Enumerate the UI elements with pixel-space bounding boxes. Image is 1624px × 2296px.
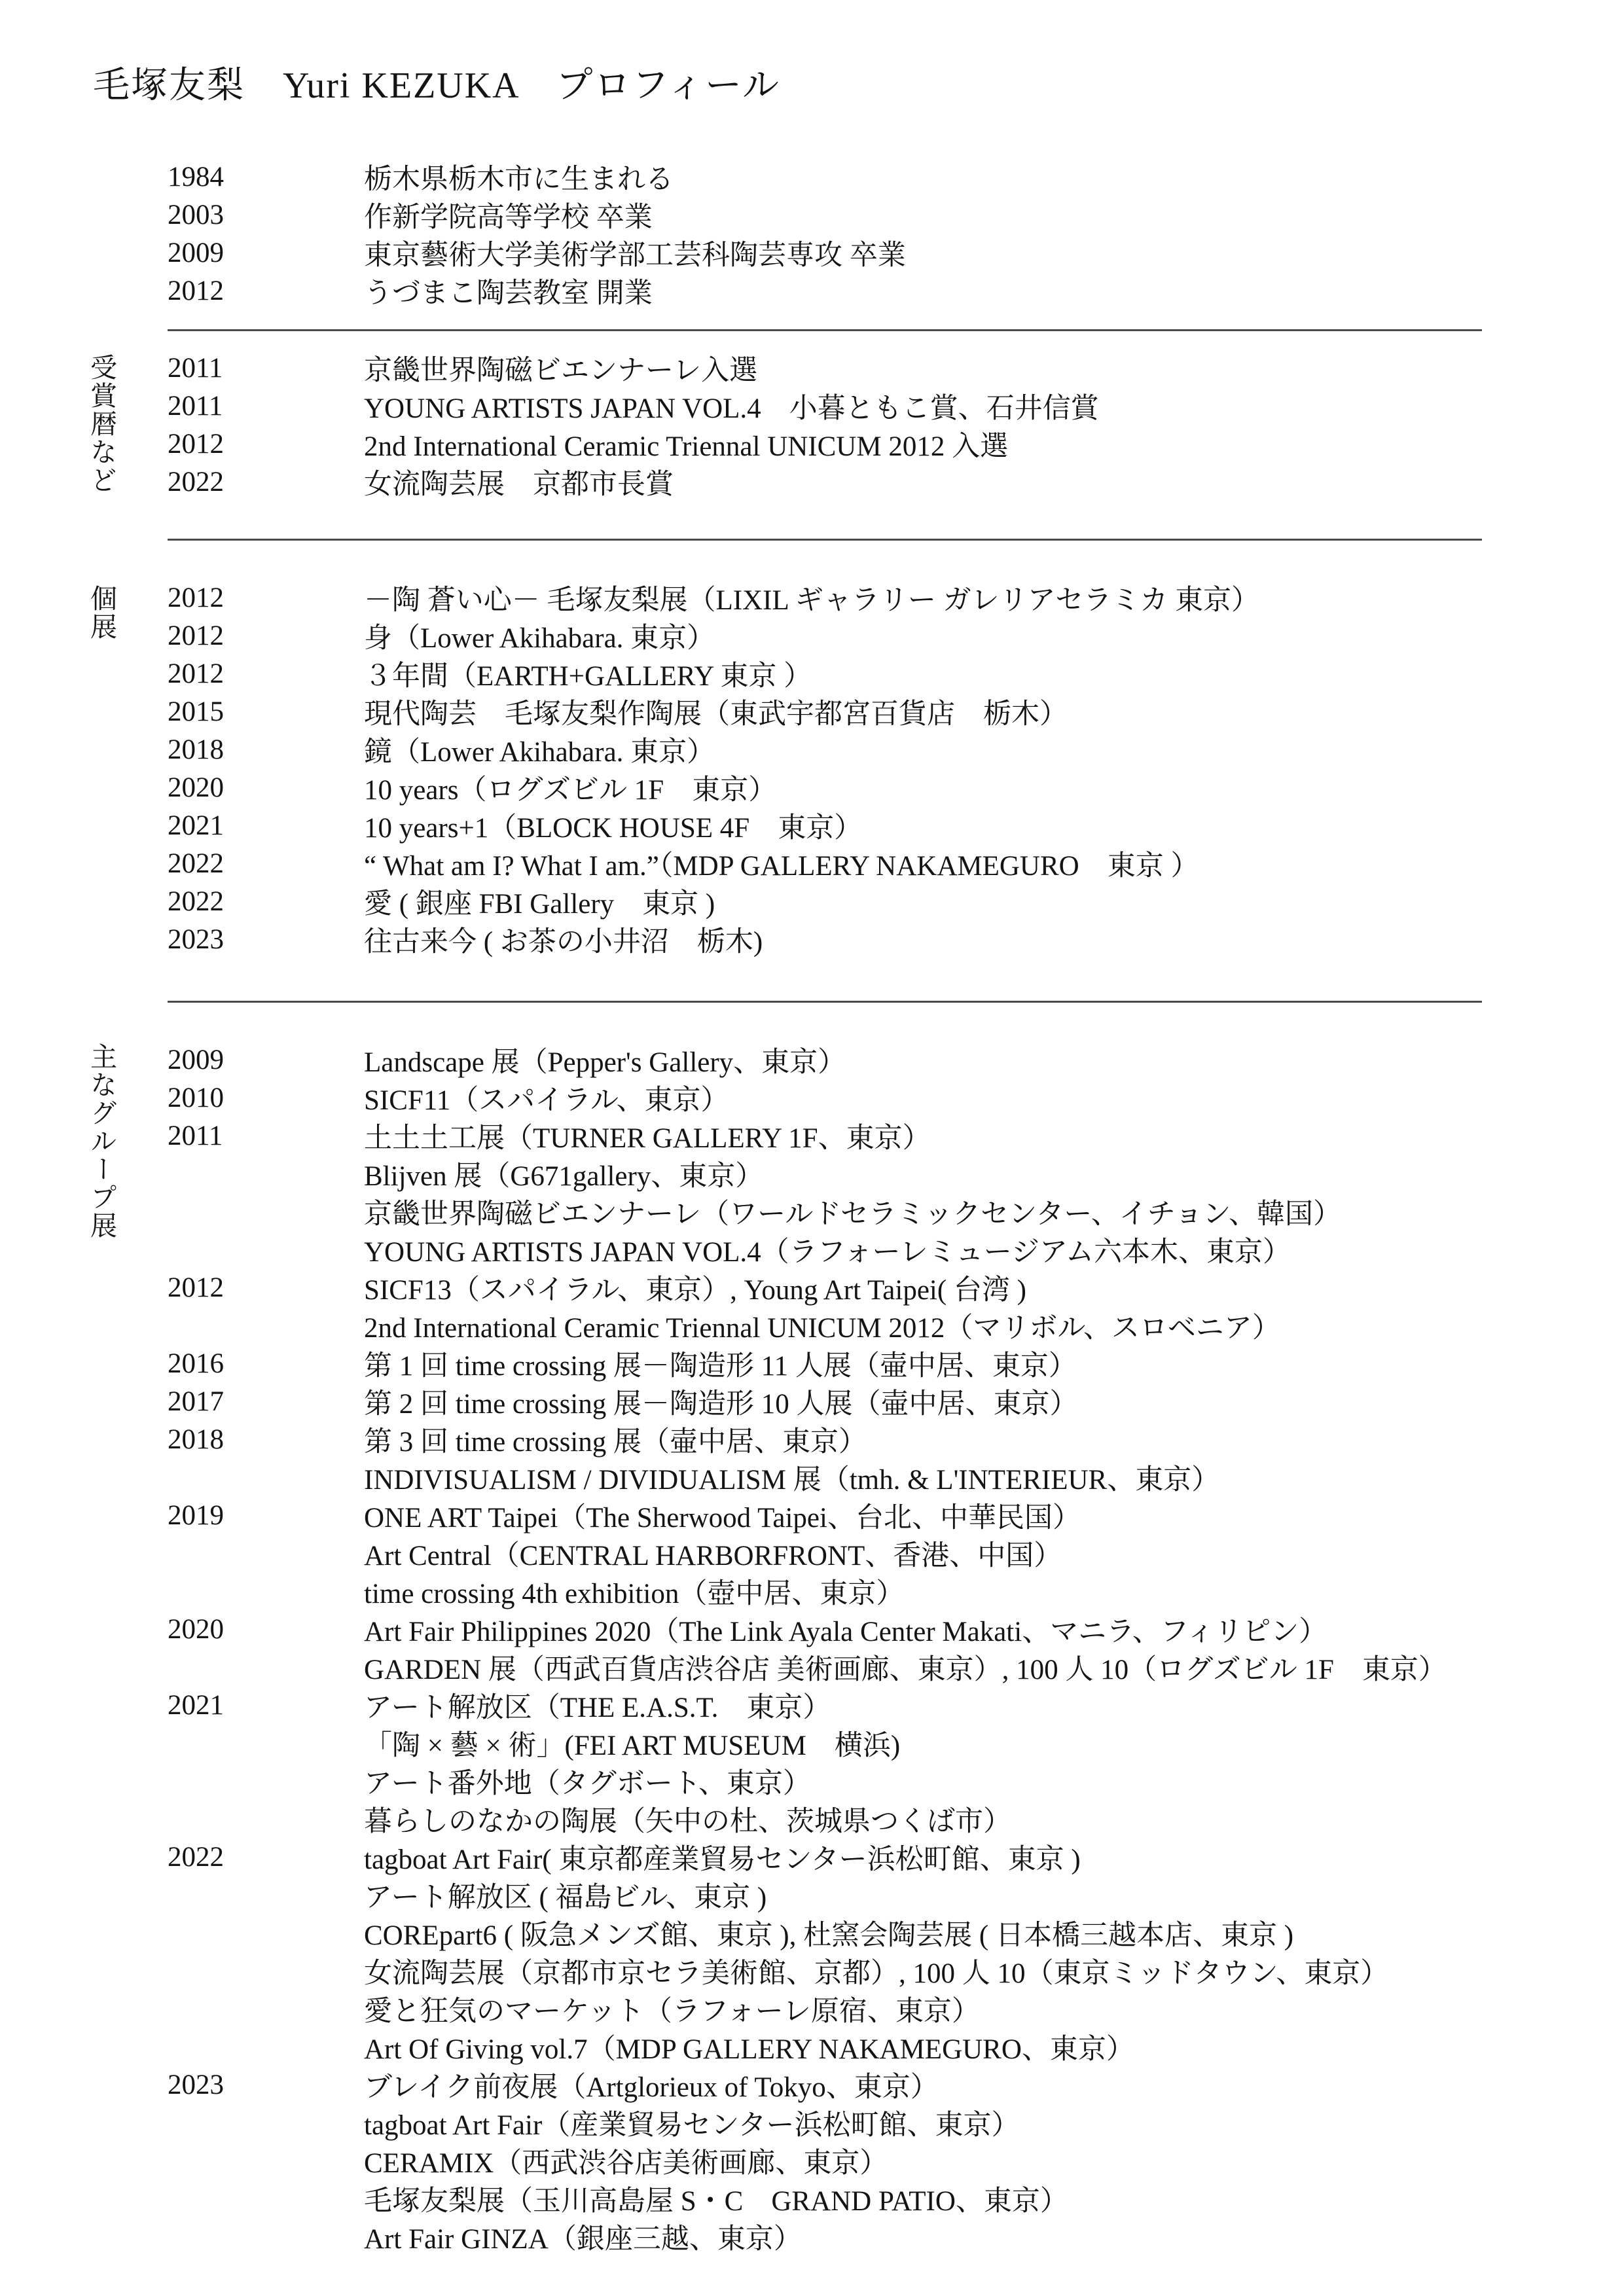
row-text: 「陶 × 藝 × 術」(FEI ART MUSEUM 横浜) [364, 1723, 900, 1763]
timeline-row: 愛と狂気のマーケット（ラフォーレ原宿、東京） [168, 1990, 1447, 2028]
row-year: 2011 [168, 352, 364, 384]
row-text: 2nd International Ceramic Triennal UNICU… [364, 424, 1008, 464]
row-year: 2018 [168, 1424, 364, 1456]
timeline-row: COREpart6 ( 阪急メンズ館、東京 ), 杜窯会陶芸展 ( 日本橋三越本… [168, 1914, 1447, 1952]
row-text: “ What am I? What I am.”（MDP GALLERY NAK… [364, 844, 1199, 884]
row-text: 第 1 回 time crossing 展－陶造形 11 人展（壷中居、東京） [364, 1344, 1077, 1384]
timeline-row: 2012 うづまこ陶芸教室 開業 [168, 272, 906, 310]
timeline-row: 暮らしのなかの陶展（矢中の杜、茨城県つくば市） [168, 1800, 1447, 1838]
row-text: Landscape 展（Pepper's Gallery、東京） [364, 1040, 846, 1080]
timeline-row: 京畿世界陶磁ビエンナーレ（ワールドセラミックセンター、イチョン、韓国） [168, 1193, 1447, 1230]
row-text: Art Fair Philippines 2020（The Link Ayala… [364, 1609, 1327, 1649]
timeline-row: 2010 SICF11（スパイラル、東京） [168, 1079, 1447, 1117]
timeline-row: tagboat Art Fair（産業貿易センター浜松町館、東京） [168, 2104, 1447, 2142]
row-year: 2023 [168, 924, 364, 956]
row-year: 2020 [168, 772, 364, 804]
solo-exhibitions-section: 2012 －陶 蒼い心－ 毛塚友梨展（LIXIL ギャラリー ガレリアセラミカ … [168, 579, 1259, 958]
timeline-row: 2018 鏡（Lower Akihabara. 東京） [168, 730, 1259, 768]
row-text: 毛塚友梨展（玉川高島屋 S・C GRAND PATIO、東京） [364, 2179, 1068, 2219]
timeline-row: 2nd International Ceramic Triennal UNICU… [168, 1306, 1447, 1344]
section-label-solo-exhibitions: 個展 [86, 584, 117, 641]
timeline-row: 2009 Landscape 展（Pepper's Gallery、東京） [168, 1041, 1447, 1079]
row-year: 2022 [168, 848, 364, 880]
page-title: 毛塚友梨 Yuri KEZUKA プロフィール [93, 64, 780, 108]
timeline-row: 2020 Art Fair Philippines 2020（The Link … [168, 1610, 1447, 1648]
timeline-row: 2022 “ What am I? What I am.”（MDP GALLER… [168, 844, 1259, 882]
timeline-row: 2023 往古来今 ( お茶の小井沼 栃木) [168, 920, 1259, 958]
row-text: GARDEN 展（西武百貨店渋谷店 美術画廊、東京）, 100 人 10（ログズ… [364, 1647, 1447, 1687]
row-text: 往古来今 ( お茶の小井沼 栃木) [364, 920, 763, 960]
row-text: SICF11（スパイラル、東京） [364, 1078, 729, 1118]
row-year: 2022 [168, 886, 364, 918]
row-text: Art Of Giving vol.7（MDP GALLERY NAKAMEGU… [364, 2027, 1134, 2067]
row-text: 愛 ( 銀座 FBI Gallery 東京 ) [364, 882, 715, 922]
row-text: tagboat Art Fair（産業貿易センター浜松町館、東京） [364, 2103, 1020, 2143]
row-year: 2011 [168, 1120, 364, 1152]
row-year: 2016 [168, 1348, 364, 1380]
row-year: 1984 [168, 161, 364, 193]
row-year: 2015 [168, 696, 364, 728]
timeline-row: 2012 ３年間（EARTH+GALLERY 東京 ） [168, 655, 1259, 692]
row-text: 2nd International Ceramic Triennal UNICU… [364, 1306, 1280, 1346]
row-text: YOUNG ARTISTS JAPAN VOL.4（ラフォーレミュージアム六本木… [364, 1230, 1291, 1270]
timeline-row: 2009 東京藝術大学美術学部工芸科陶芸専攻 卒業 [168, 234, 906, 272]
section-label-group-exhibitions: 主なグループ展 [86, 1043, 117, 1240]
row-text: 女流陶芸展（京都市京セラ美術館、京都）, 100 人 10（東京ミッドタウン、東… [364, 1951, 1388, 1991]
row-year: 2012 [168, 275, 364, 307]
row-year: 2017 [168, 1386, 364, 1418]
document-page: 毛塚友梨 Yuri KEZUKA プロフィール 1984 栃木県栃木市に生まれる… [0, 0, 1624, 2296]
section-label-awards: 受賞暦など [86, 353, 117, 494]
timeline-row: 女流陶芸展（京都市京セラ美術館、京都）, 100 人 10（東京ミッドタウン、東… [168, 1952, 1447, 1990]
row-year: 2012 [168, 658, 364, 690]
timeline-row: 2021 10 years+1（BLOCK HOUSE 4F 東京） [168, 806, 1259, 844]
row-year: 2009 [168, 237, 364, 269]
row-year: 2019 [168, 1499, 364, 1532]
timeline-row: Art Of Giving vol.7（MDP GALLERY NAKAMEGU… [168, 2028, 1447, 2066]
row-text: 鏡（Lower Akihabara. 東京） [364, 730, 715, 770]
row-text: 身（Lower Akihabara. 東京） [364, 616, 715, 656]
timeline-row: 「陶 × 藝 × 術」(FEI ART MUSEUM 横浜) [168, 1724, 1447, 1762]
row-text: アート解放区 ( 福島ビル、東京 ) [364, 1875, 767, 1915]
row-text: ONE ART Taipei（The Sherwood Taipei、台北、中華… [364, 1496, 1081, 1535]
row-year: 2009 [168, 1044, 364, 1076]
row-year: 2012 [168, 1272, 364, 1304]
timeline-row: 2012 身（Lower Akihabara. 東京） [168, 617, 1259, 655]
row-text: YOUNG ARTISTS JAPAN VOL.4 小暮ともこ賞、石井信賞 [364, 386, 1099, 426]
timeline-row: 2015 現代陶芸 毛塚友梨作陶展（東武宇都宮百貨店 栃木） [168, 692, 1259, 730]
timeline-row: 2020 10 years（ログズビル 1F 東京） [168, 768, 1259, 806]
timeline-row: 2023 ブレイク前夜展（Artglorieux of Tokyo、東京） [168, 2066, 1447, 2104]
timeline-row: 2011 京畿世界陶磁ビエンナーレ入選 [168, 349, 1099, 387]
row-year: 2023 [168, 2069, 364, 2101]
timeline-row: GARDEN 展（西武百貨店渋谷店 美術画廊、東京）, 100 人 10（ログズ… [168, 1648, 1447, 1686]
timeline-row: Art Fair GINZA（銀座三越、東京） [168, 2217, 1447, 2255]
row-text: アート解放区（THE E.A.S.T. 東京） [364, 1685, 831, 1725]
row-text: 京畿世界陶磁ビエンナーレ（ワールドセラミックセンター、イチョン、韓国） [364, 1192, 1341, 1232]
timeline-row: 2022 女流陶芸展 京都市長賞 [168, 463, 1099, 501]
row-text: ブレイク前夜展（Artglorieux of Tokyo、東京） [364, 2065, 939, 2105]
row-text: CERAMIX（西武渋谷店美術画廊、東京） [364, 2141, 888, 2181]
row-year: 2010 [168, 1082, 364, 1114]
timeline-row: 2016 第 1 回 time crossing 展－陶造形 11 人展（壷中居… [168, 1344, 1447, 1382]
timeline-row: 毛塚友梨展（玉川高島屋 S・C GRAND PATIO、東京） [168, 2179, 1447, 2217]
row-text: 10 years（ログズビル 1F 東京） [364, 768, 776, 808]
row-text: －陶 蒼い心－ 毛塚友梨展（LIXIL ギャラリー ガレリアセラミカ 東京） [364, 578, 1259, 618]
row-year: 2012 [168, 428, 364, 460]
row-text: 第 2 回 time crossing 展－陶造形 10 人展（壷中居、東京） [364, 1382, 1078, 1422]
row-text: 作新学院高等学校 卒業 [364, 195, 653, 235]
row-year: 2018 [168, 734, 364, 766]
timeline-row: 2011 YOUNG ARTISTS JAPAN VOL.4 小暮ともこ賞、石井… [168, 387, 1099, 425]
row-text: 栃木県栃木市に生まれる [364, 157, 674, 197]
timeline-row: 2012 SICF13（スパイラル、東京）, Young Art Taipei(… [168, 1268, 1447, 1306]
row-text: Art Central（CENTRAL HARBORFRONT、香港、中国） [364, 1534, 1062, 1573]
timeline-row: time crossing 4th exhibition（壺中居、東京） [168, 1572, 1447, 1610]
timeline-row: YOUNG ARTISTS JAPAN VOL.4（ラフォーレミュージアム六本木… [168, 1230, 1447, 1268]
timeline-row: 2022 tagboat Art Fair( 東京都産業貿易センター浜松町館、東… [168, 1838, 1447, 1876]
row-text: 現代陶芸 毛塚友梨作陶展（東武宇都宮百貨店 栃木） [364, 692, 1068, 732]
timeline-row: 2003 作新学院高等学校 卒業 [168, 196, 906, 234]
biography-section: 1984 栃木県栃木市に生まれる 2003 作新学院高等学校 卒業 2009 東… [168, 158, 906, 310]
timeline-row: アート番外地（タグボート、東京） [168, 1762, 1447, 1800]
row-text: SICF13（スパイラル、東京）, Young Art Taipei( 台湾 ) [364, 1268, 1026, 1308]
section-divider [168, 539, 1482, 541]
timeline-row: 2011 土土土工展（TURNER GALLERY 1F、東京） [168, 1117, 1447, 1155]
row-text: 女流陶芸展 京都市長賞 [364, 462, 674, 502]
row-text: アート番外地（タグボート、東京） [364, 1761, 811, 1801]
row-text: 東京藝術大学美術学部工芸科陶芸専攻 卒業 [364, 233, 906, 273]
row-text: 暮らしのなかの陶展（矢中の杜、茨城県つくば市） [364, 1799, 1011, 1839]
timeline-row: INDIVISUALISM / DIVIDUALISM 展（tmh. & L'I… [168, 1458, 1447, 1496]
timeline-row: CERAMIX（西武渋谷店美術画廊、東京） [168, 2142, 1447, 2179]
row-text: INDIVISUALISM / DIVIDUALISM 展（tmh. & L'I… [364, 1458, 1219, 1498]
row-text: COREpart6 ( 阪急メンズ館、東京 ), 杜窯会陶芸展 ( 日本橋三越本… [364, 1913, 1293, 1953]
row-text: 第 3 回 time crossing 展（壷中居、東京） [364, 1420, 867, 1460]
timeline-row: 2012 2nd International Ceramic Triennal … [168, 425, 1099, 463]
section-divider [168, 1001, 1482, 1003]
row-text: 10 years+1（BLOCK HOUSE 4F 東京） [364, 806, 862, 846]
row-text: ３年間（EARTH+GALLERY 東京 ） [364, 654, 812, 694]
row-text: 土土土工展（TURNER GALLERY 1F、東京） [364, 1116, 931, 1156]
awards-section: 2011 京畿世界陶磁ビエンナーレ入選 2011 YOUNG ARTISTS J… [168, 349, 1099, 501]
timeline-row: 1984 栃木県栃木市に生まれる [168, 158, 906, 196]
row-year: 2011 [168, 390, 364, 422]
row-year: 2020 [168, 1613, 364, 1645]
row-year: 2021 [168, 810, 364, 842]
row-text: うづまこ陶芸教室 開業 [364, 271, 653, 311]
row-year: 2022 [168, 466, 364, 498]
timeline-row: 2022 愛 ( 銀座 FBI Gallery 東京 ) [168, 882, 1259, 920]
row-year: 2022 [168, 1841, 364, 1873]
timeline-row: 2012 －陶 蒼い心－ 毛塚友梨展（LIXIL ギャラリー ガレリアセラミカ … [168, 579, 1259, 617]
row-text: tagboat Art Fair( 東京都産業貿易センター浜松町館、東京 ) [364, 1837, 1081, 1877]
row-text: Blijven 展（G671gallery、東京） [364, 1154, 763, 1194]
timeline-row: Art Central（CENTRAL HARBORFRONT、香港、中国） [168, 1534, 1447, 1572]
row-text: 愛と狂気のマーケット（ラフォーレ原宿、東京） [364, 1989, 980, 2029]
row-year: 2012 [168, 582, 364, 614]
section-divider [168, 329, 1482, 331]
row-year: 2012 [168, 620, 364, 652]
timeline-row: 2019 ONE ART Taipei（The Sherwood Taipei、… [168, 1496, 1447, 1534]
timeline-row: アート解放区 ( 福島ビル、東京 ) [168, 1876, 1447, 1914]
timeline-row: 2018 第 3 回 time crossing 展（壷中居、東京） [168, 1420, 1447, 1458]
timeline-row: 2021 アート解放区（THE E.A.S.T. 東京） [168, 1686, 1447, 1724]
row-year: 2021 [168, 1689, 364, 1721]
row-year: 2003 [168, 199, 364, 231]
row-text: 京畿世界陶磁ビエンナーレ入選 [364, 348, 757, 388]
timeline-row: 2017 第 2 回 time crossing 展－陶造形 10 人展（壷中居… [168, 1382, 1447, 1420]
row-text: Art Fair GINZA（銀座三越、東京） [364, 2217, 802, 2257]
row-text: time crossing 4th exhibition（壺中居、東京） [364, 1571, 904, 1611]
timeline-row: Blijven 展（G671gallery、東京） [168, 1155, 1447, 1193]
group-exhibitions-section: 2009 Landscape 展（Pepper's Gallery、東京） 20… [168, 1041, 1447, 2255]
